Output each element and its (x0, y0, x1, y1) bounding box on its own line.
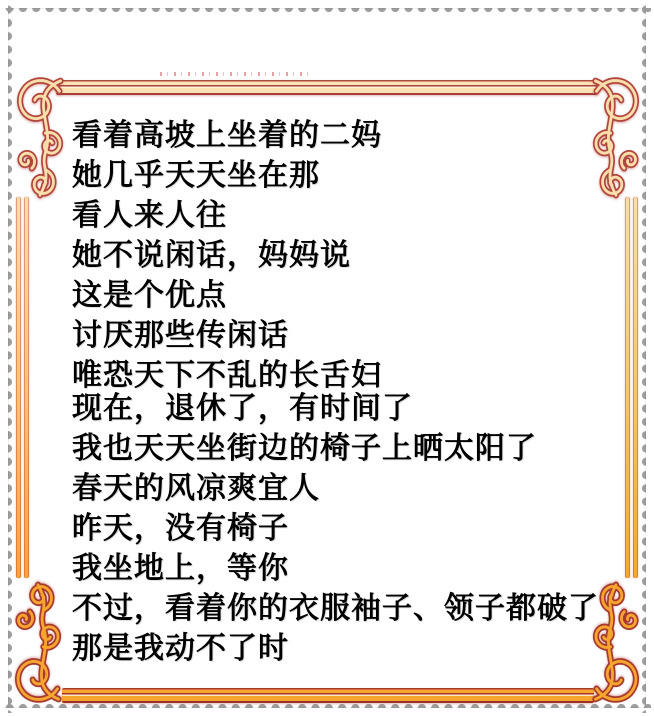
border-bar-top (56, 80, 598, 95)
border-bar-left-outer (16, 197, 21, 578)
poem-line-14: 那是我动不了时 (72, 625, 612, 665)
perforation-edge-top (3, 8, 651, 13)
poem-line-8: 现在，退休了，有时间了 (72, 385, 612, 425)
border-bar-left-inner (24, 197, 29, 578)
stamp-card: 看着高坡上坐着的二妈 她几乎天天坐在那 看人来人往 她不说闲话，妈妈说 这是个优… (0, 0, 654, 716)
perforation-edge-bottom (3, 703, 651, 708)
poem-line-12: 我坐地上，等你 (72, 545, 612, 585)
poem-line-2: 她几乎天天坐在那 (72, 152, 612, 192)
border-bars-right (625, 197, 638, 578)
poem-line-10: 春天的风凉爽宜人 (72, 465, 612, 505)
swirl-flourish-top-left-icon (12, 71, 68, 201)
poem-line-4: 她不说闲话，妈妈说 (72, 232, 612, 272)
border-bars-left (16, 197, 29, 578)
poem-line-1: 看着高坡上坐着的二妈 (72, 112, 612, 152)
poem-text-block: 看着高坡上坐着的二妈 她几乎天天坐在那 看人来人往 她不说闲话，妈妈说 这是个优… (72, 112, 612, 665)
swirl-flourish-bottom-left-icon (10, 579, 66, 709)
poem-line-5: 这是个优点 (72, 272, 612, 312)
border-bar-right-inner (625, 197, 630, 578)
poem-line-6: 讨厌那些传闲话 (72, 312, 612, 352)
poem-line-13: 不过，看着你的衣服袖子、领子都破了 (72, 585, 612, 625)
poem-line-9: 我也天天坐街边的椅子上晒太阳了 (72, 425, 612, 465)
border-bar-right-outer (633, 197, 638, 578)
poem-line-11: 昨天，没有椅子 (72, 505, 612, 545)
poem-line-3: 看人来人往 (72, 192, 612, 232)
faint-red-marks (160, 72, 310, 76)
border-bar-bottom (62, 688, 594, 703)
